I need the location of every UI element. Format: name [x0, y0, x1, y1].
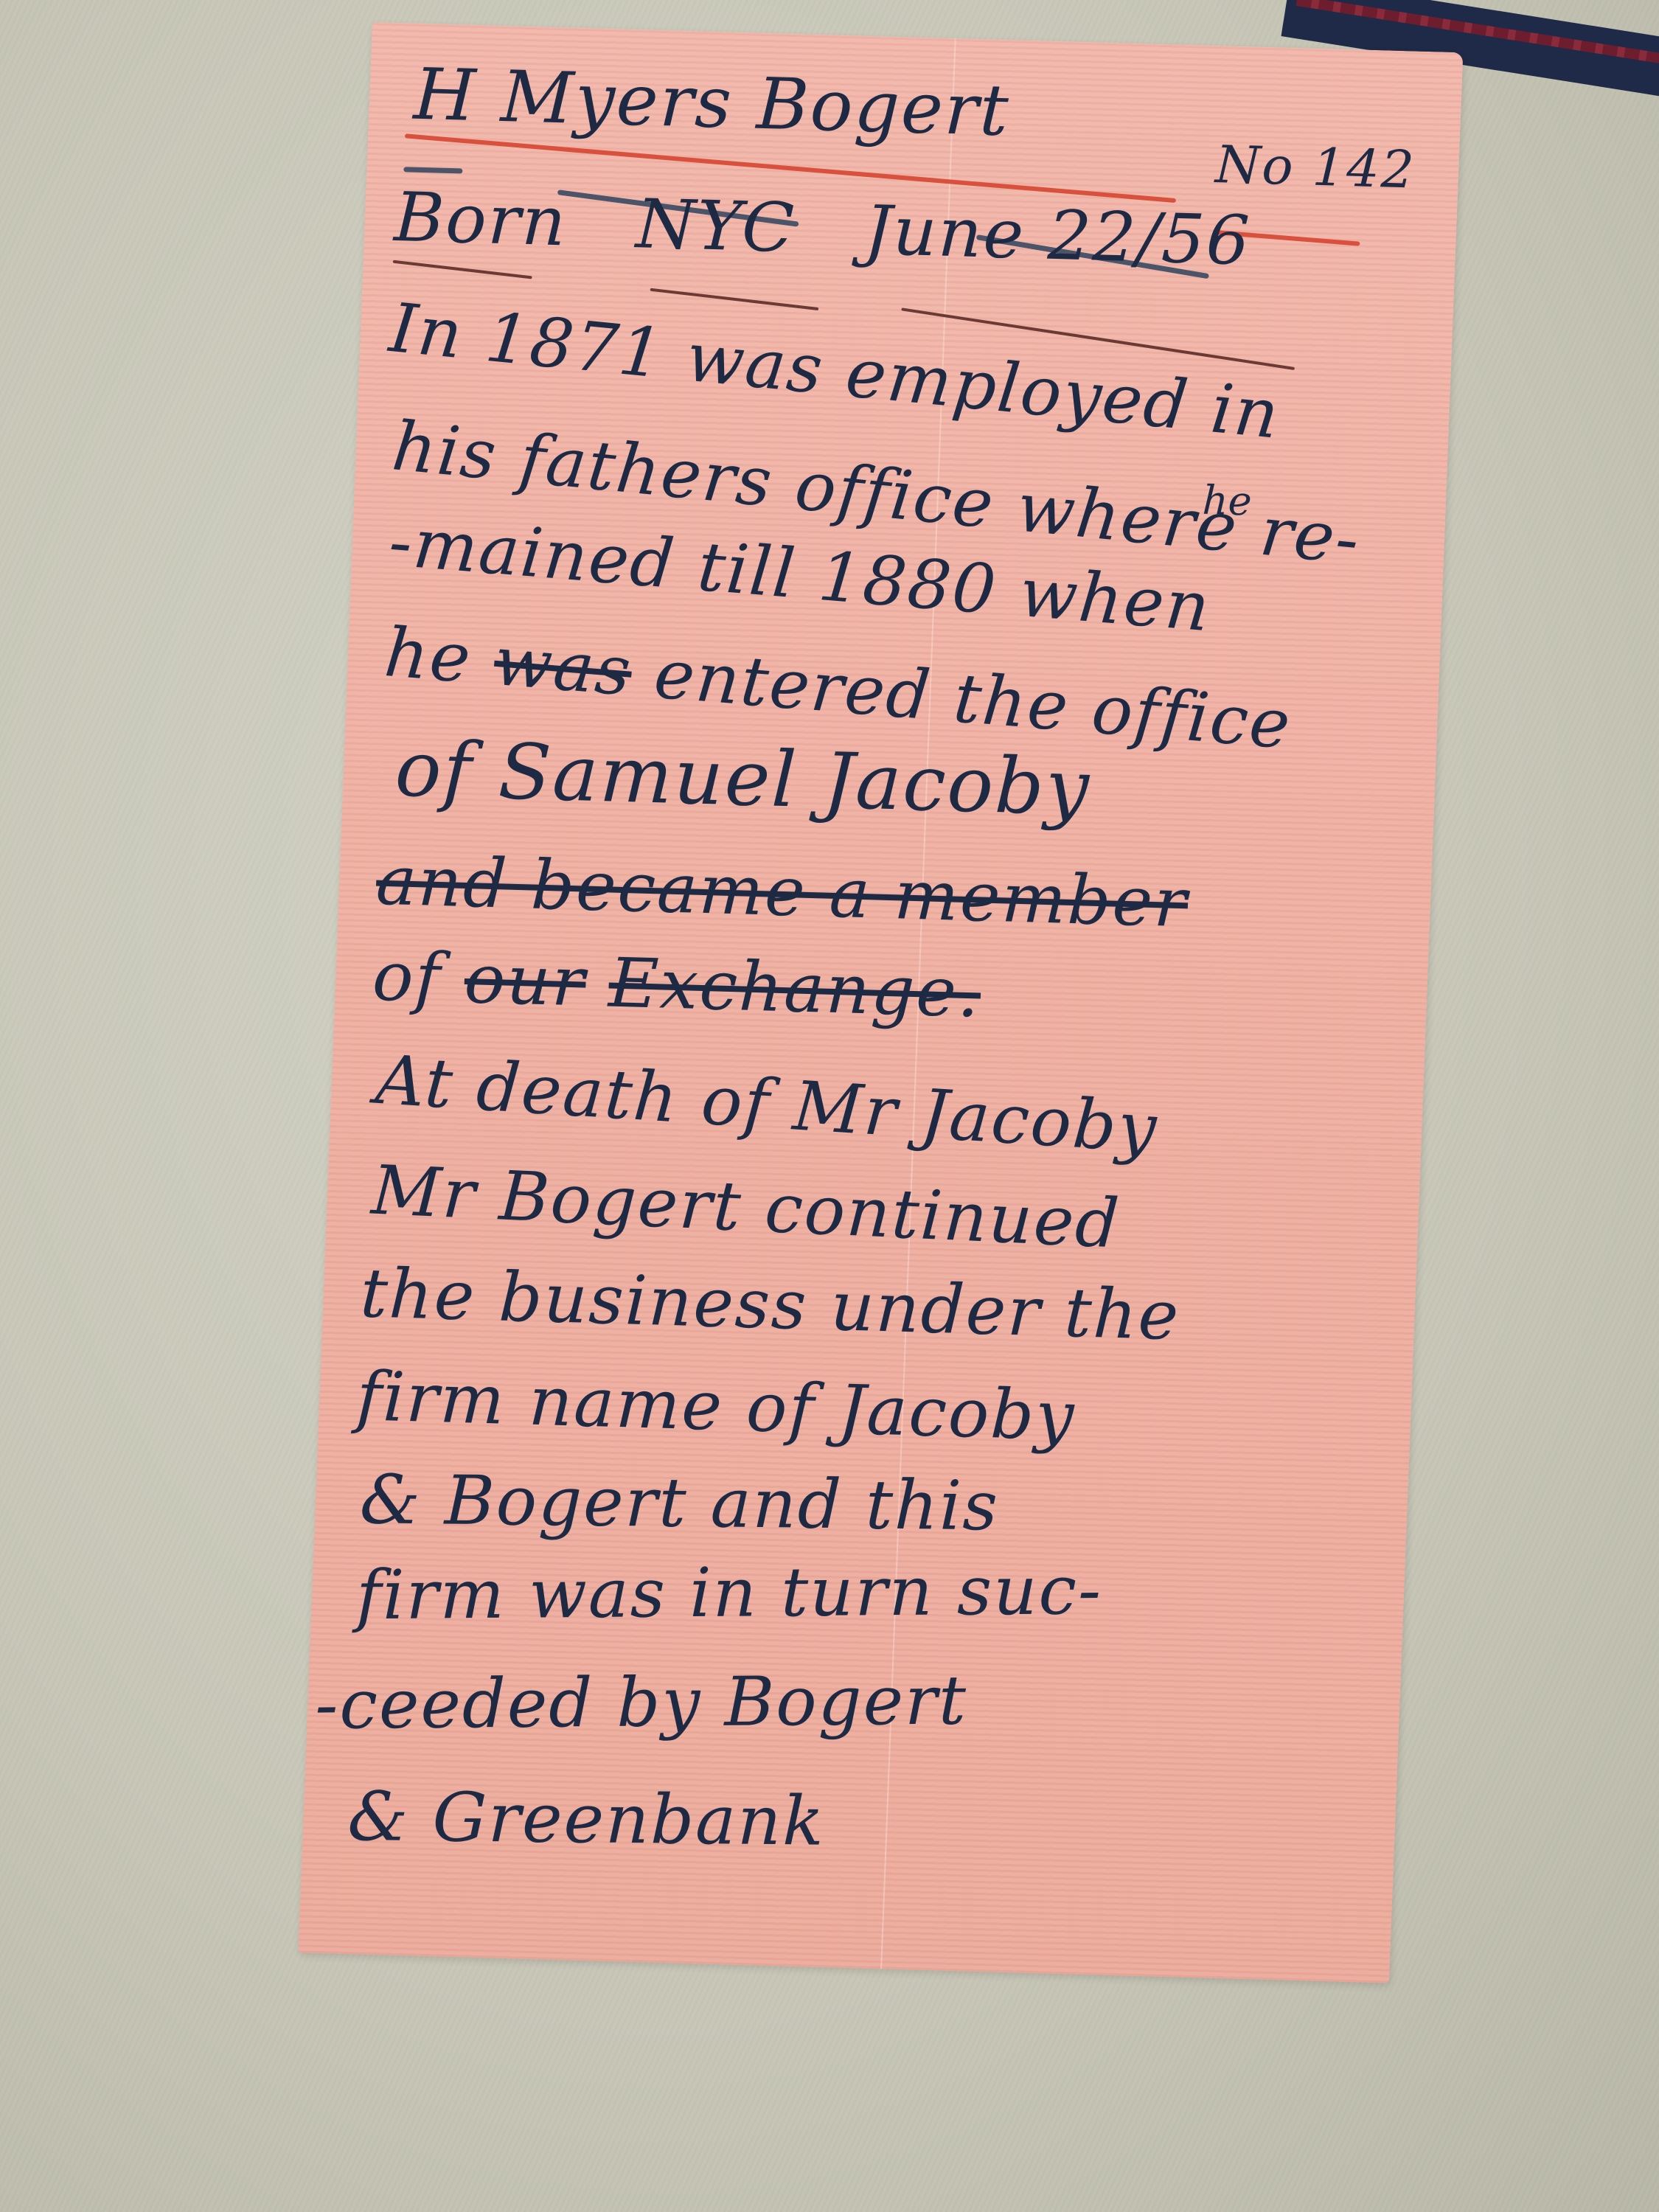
- text-line-12: & Bogert and this: [359, 1460, 1000, 1545]
- person-name: H Myers Bogert: [412, 53, 1011, 152]
- text-line-7: of our Exchange.: [371, 937, 982, 1033]
- born-date: June 22/56: [863, 191, 1252, 281]
- text-line-15: & Greenbank: [347, 1777, 826, 1861]
- struck-word: was: [491, 622, 636, 712]
- text-line-6-struck: and became a member: [375, 841, 1189, 943]
- album-page: H Myers Bogert No 142 Born NYC June 22/5…: [0, 0, 1659, 2212]
- card-number: No 142: [1214, 134, 1416, 201]
- born-underline: [393, 260, 532, 279]
- index-card: H Myers Bogert No 142 Born NYC June 22/5…: [298, 22, 1463, 1983]
- text-line-9: Mr Bogert continued: [369, 1151, 1122, 1264]
- rule-mark: [403, 167, 462, 173]
- born-label: Born: [393, 178, 568, 261]
- interlinear-insertion: he: [1202, 477, 1253, 525]
- born-line: Born NYC June 22/56: [393, 178, 1253, 280]
- text-line-11: firm name of Jacoby: [355, 1357, 1077, 1455]
- text-line-8: At death of Mr Jacoby: [373, 1040, 1161, 1168]
- text-line-14: -ceeded by Bogert: [315, 1661, 967, 1745]
- struck-phrase: and became a member: [375, 841, 1189, 943]
- place-underline: [650, 288, 819, 310]
- struck-word: Exchange.: [608, 944, 982, 1033]
- text-line-13: firm was in turn suc-: [356, 1551, 1102, 1635]
- card-title: H Myers Bogert: [412, 53, 1011, 152]
- text-line-5: of Samuel Jacoby: [394, 723, 1092, 832]
- born-place: NYC: [635, 184, 797, 268]
- text-line-10: the business under the: [359, 1253, 1181, 1355]
- struck-word: our: [463, 939, 588, 1022]
